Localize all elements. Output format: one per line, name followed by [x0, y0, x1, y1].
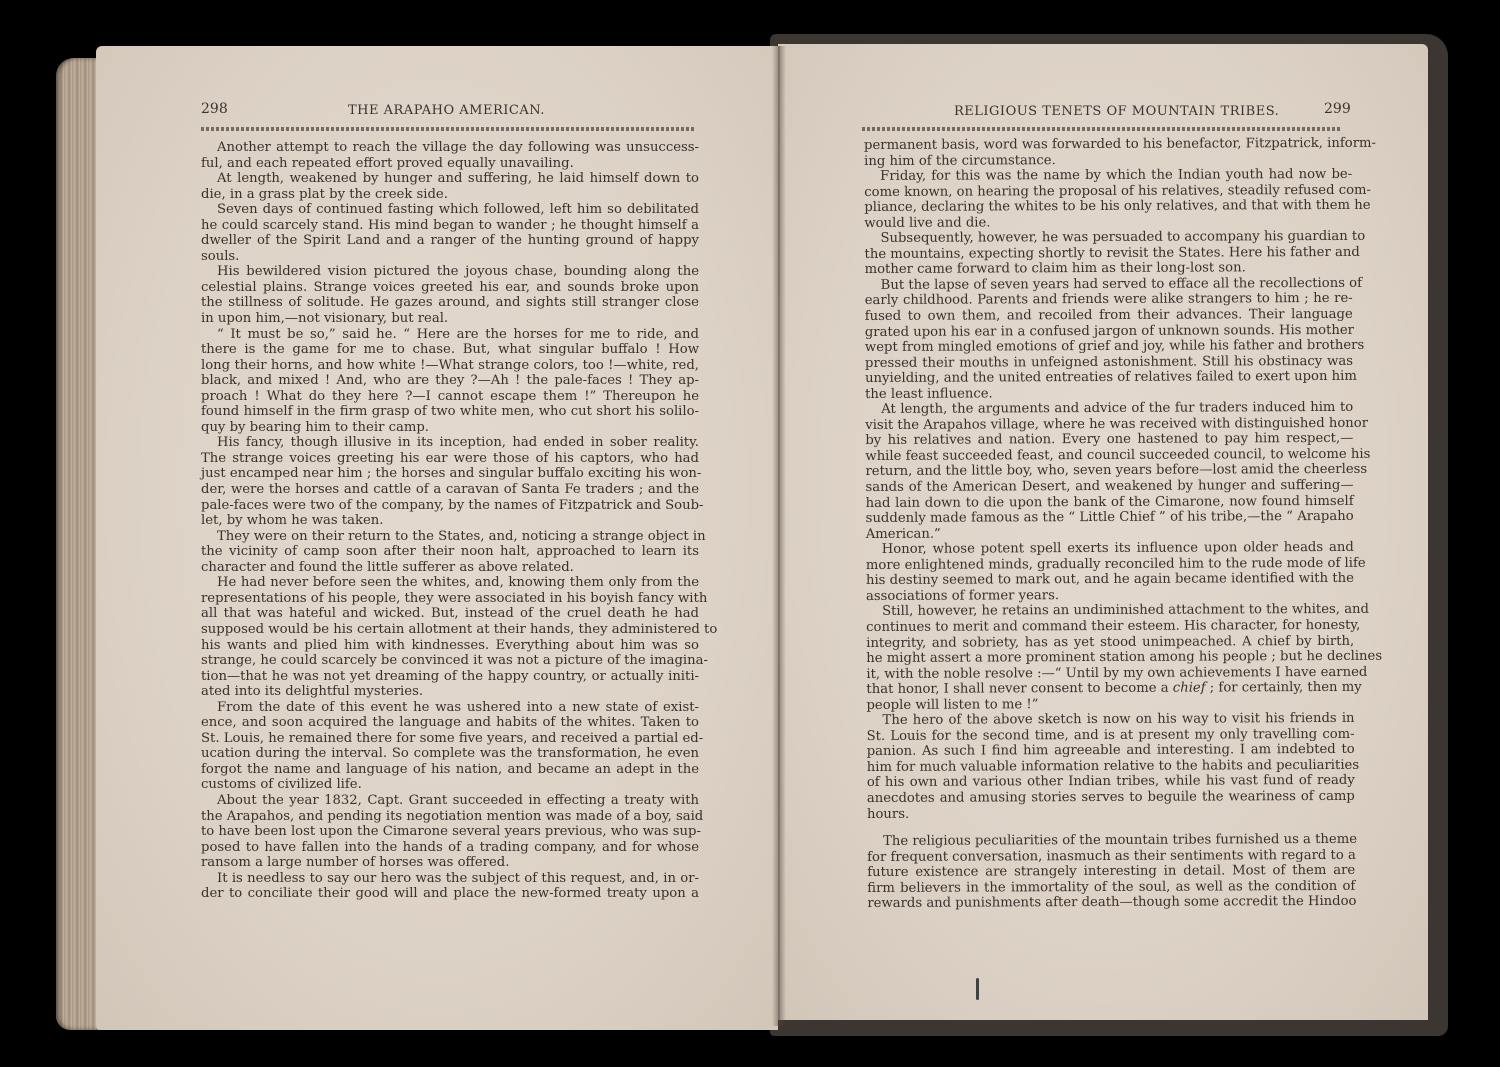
text-line: black, and mixed ! And, who are they ?—A… — [201, 373, 699, 389]
text-line: rewards and punishments after death—thou… — [867, 894, 1355, 912]
text-line: posed to have fallen into the hands of a… — [201, 840, 699, 856]
text-line: Another attempt to reach the village the… — [201, 140, 699, 156]
text-line: he might assert a more prominent station… — [866, 649, 1354, 667]
text-line: celestial plains. Strange voices greeted… — [201, 280, 699, 296]
text-line: future existence are strangely interesti… — [867, 863, 1355, 881]
text-line: sands of the American Desert, and weaken… — [865, 478, 1353, 496]
text-line: permanent basis, word was forwarded to h… — [864, 136, 1352, 154]
text-line: quy by bearing him to their camp. — [201, 420, 699, 436]
text-line: the Arapahos, and pending its negotiatio… — [201, 809, 699, 825]
text-line: tion—that he was not yet dreaming of the… — [201, 669, 699, 685]
text-line: “ It must be so,” said he. “ Here are th… — [201, 327, 699, 343]
text-line: wept from mingled emotions of grief and … — [865, 338, 1353, 356]
text-line: character and found the little sufferer … — [201, 560, 699, 576]
text-line: to have been lost upon the Cimarone seve… — [201, 824, 699, 840]
text-line: pliance, declaring the whites to be his … — [864, 198, 1352, 216]
text-line: souls. — [201, 249, 699, 265]
text-line: strange, he could scarcely be convinced … — [201, 653, 699, 669]
page-number-left: 298 — [201, 101, 228, 117]
text-line: die, in a grass plat by the creek side. — [201, 187, 699, 203]
header-rule-right — [862, 127, 1342, 131]
text-line: the stillness of solitude. He gazes arou… — [201, 295, 699, 311]
text-line: his destiny seemed to mark out, and he a… — [866, 571, 1354, 589]
text-line: he could scarcely stand. His mind began … — [201, 218, 699, 234]
text-line: anecdotes and amusing stories serves to … — [867, 789, 1355, 807]
text-line: all that was hateful and wicked. But, in… — [201, 606, 699, 622]
text-line: ence, and soon acquired the language and… — [201, 715, 699, 731]
text-line: dweller of the Spirit Land and a ranger … — [201, 233, 699, 249]
text-line: just encamped near him ; the horses and … — [201, 466, 699, 482]
open-book: 298 THE ARAPAHO AMERICAN. RELIGIOUS TENE… — [0, 0, 1500, 1067]
text-line: proach ! What do they here ?—I cannot es… — [201, 389, 699, 405]
text-line: supposed would be his certain allotment … — [201, 622, 699, 638]
text-line: His fancy, though illusive in its incept… — [201, 435, 699, 451]
text-line: The religious peculiarities of the mount… — [867, 832, 1355, 850]
running-head-right: RELIGIOUS TENETS OF MOUNTAIN TRIBES. — [954, 104, 1279, 119]
text-line: der, were the horses and cattle of a car… — [201, 482, 699, 498]
book-gutter — [772, 46, 786, 1026]
text-line: found himself in the firm grasp of two w… — [201, 404, 699, 420]
text-line: Friday, for this was the name by which t… — [864, 167, 1352, 185]
text-line: that honor, I shall never consent to bec… — [866, 680, 1354, 698]
page-number-right: 299 — [1324, 101, 1351, 117]
text-line: Seven days of continued fasting which fo… — [201, 202, 699, 218]
text-line: der to conciliate their good will and pl… — [201, 886, 699, 902]
running-head-left: THE ARAPAHO AMERICAN. — [348, 103, 545, 118]
ink-mark — [976, 978, 979, 1000]
text-line: representations of his people, they were… — [201, 591, 699, 607]
text-line: his wants and plied him with kindnesses.… — [201, 638, 699, 654]
text-line: It is needless to say our hero was the s… — [201, 871, 699, 887]
text-line: They were on their return to the States,… — [201, 529, 699, 545]
text-line: let, by whom he was taken. — [201, 513, 699, 529]
text-line: the mountains, expecting shortly to revi… — [864, 245, 1352, 263]
text-line: forgot the name and language of his nati… — [201, 762, 699, 778]
text-line: in upon him,—not visionary, but real. — [201, 311, 699, 327]
text-line: ransom a large number of horses was offe… — [201, 855, 699, 871]
text-line: The strange voices greeting his ear were… — [201, 451, 699, 467]
text-line: continues to merit and command their est… — [866, 618, 1354, 636]
text-line: long their horns, and how white !—What s… — [201, 358, 699, 374]
text-line: The hero of the above sketch is now on h… — [867, 711, 1355, 729]
text-line: pale-faces were two of the company, by t… — [201, 498, 699, 514]
text-line: Honor, whose potent spell exerts its inf… — [866, 540, 1354, 558]
text-line: fused to own them, and recoiled from the… — [865, 307, 1353, 325]
text-line: suddenly made famous as the “ Little Chi… — [866, 509, 1354, 527]
text-line: His bewildered vision pictured the joyou… — [201, 264, 699, 280]
header-rule-left — [201, 127, 696, 131]
text-line: there is the game for me to chase. But, … — [201, 342, 699, 358]
text-line: About the year 1832, Capt. Grant succeed… — [201, 793, 699, 809]
text-line: ful, and each repeated effort proved equ… — [201, 156, 699, 172]
text-line: St. Louis, he remained there for some fi… — [201, 731, 699, 747]
right-page-body: permanent basis, word was forwarded to h… — [864, 136, 1355, 912]
text-line: unyielding, and the united entreaties of… — [865, 369, 1353, 387]
text-line: ated into its delightful mysteries. — [201, 684, 699, 700]
text-line: He had never before seen the whites, and… — [201, 575, 699, 591]
left-page-body: Another attempt to reach the village the… — [201, 140, 699, 902]
text-line: At length, weakened by hunger and suffer… — [201, 171, 699, 187]
text-line: From the date of this event he was usher… — [201, 700, 699, 716]
text-line: the vicinity of camp soon after their no… — [201, 544, 699, 560]
text-line: ucation during the interval. So complete… — [201, 746, 699, 762]
text-line: customs of civilized life. — [201, 777, 699, 793]
